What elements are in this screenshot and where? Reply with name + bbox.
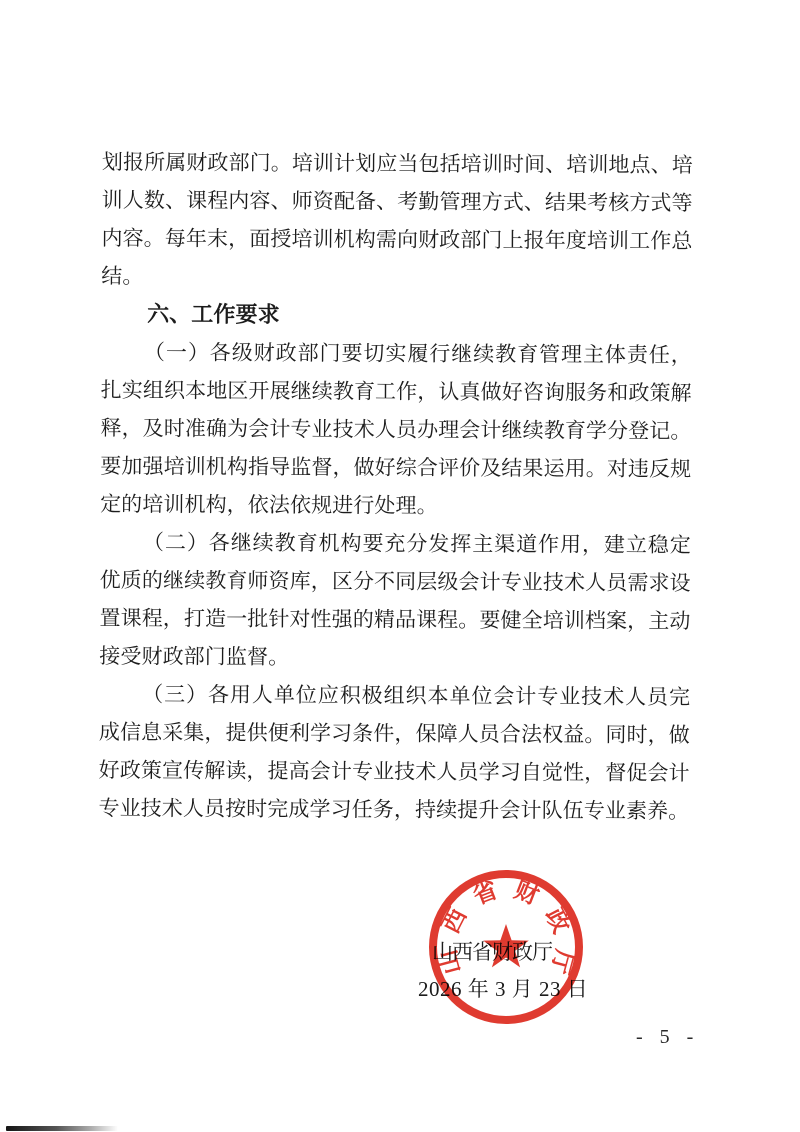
paragraph: （一）各级财政部门要切实履行继续教育管理主体责任，扎实组织本地区开展继续教育工作… (100, 333, 692, 526)
document-page: 划报所属财政部门。培训计划应当包括培训时间、培训地点、培训人数、课程内容、师资配… (0, 0, 800, 1132)
paragraph: 划报所属财政部门。培训计划应当包括培训时间、培训地点、培训人数、课程内容、师资配… (101, 143, 693, 298)
document-body: 划报所属财政部门。培训计划应当包括培训时间、培训地点、培训人数、课程内容、师资配… (98, 143, 693, 830)
seal-star-icon (483, 924, 529, 967)
paragraph: （二）各继续教育机构要充分发挥主渠道作用，建立稳定优质的继续教育师资库，区分不同… (99, 523, 691, 678)
official-seal-icon: 山西省财政厅 (425, 866, 587, 1028)
paragraph: （三）各用人单位应积极组织本单位会计专业技术人员完成信息采集，提供便利学习条件，… (98, 675, 690, 830)
section-heading: 六、工作要求 (147, 295, 692, 336)
scan-artifact (6, 1126, 118, 1131)
page-number: - 5 - (636, 1026, 699, 1049)
